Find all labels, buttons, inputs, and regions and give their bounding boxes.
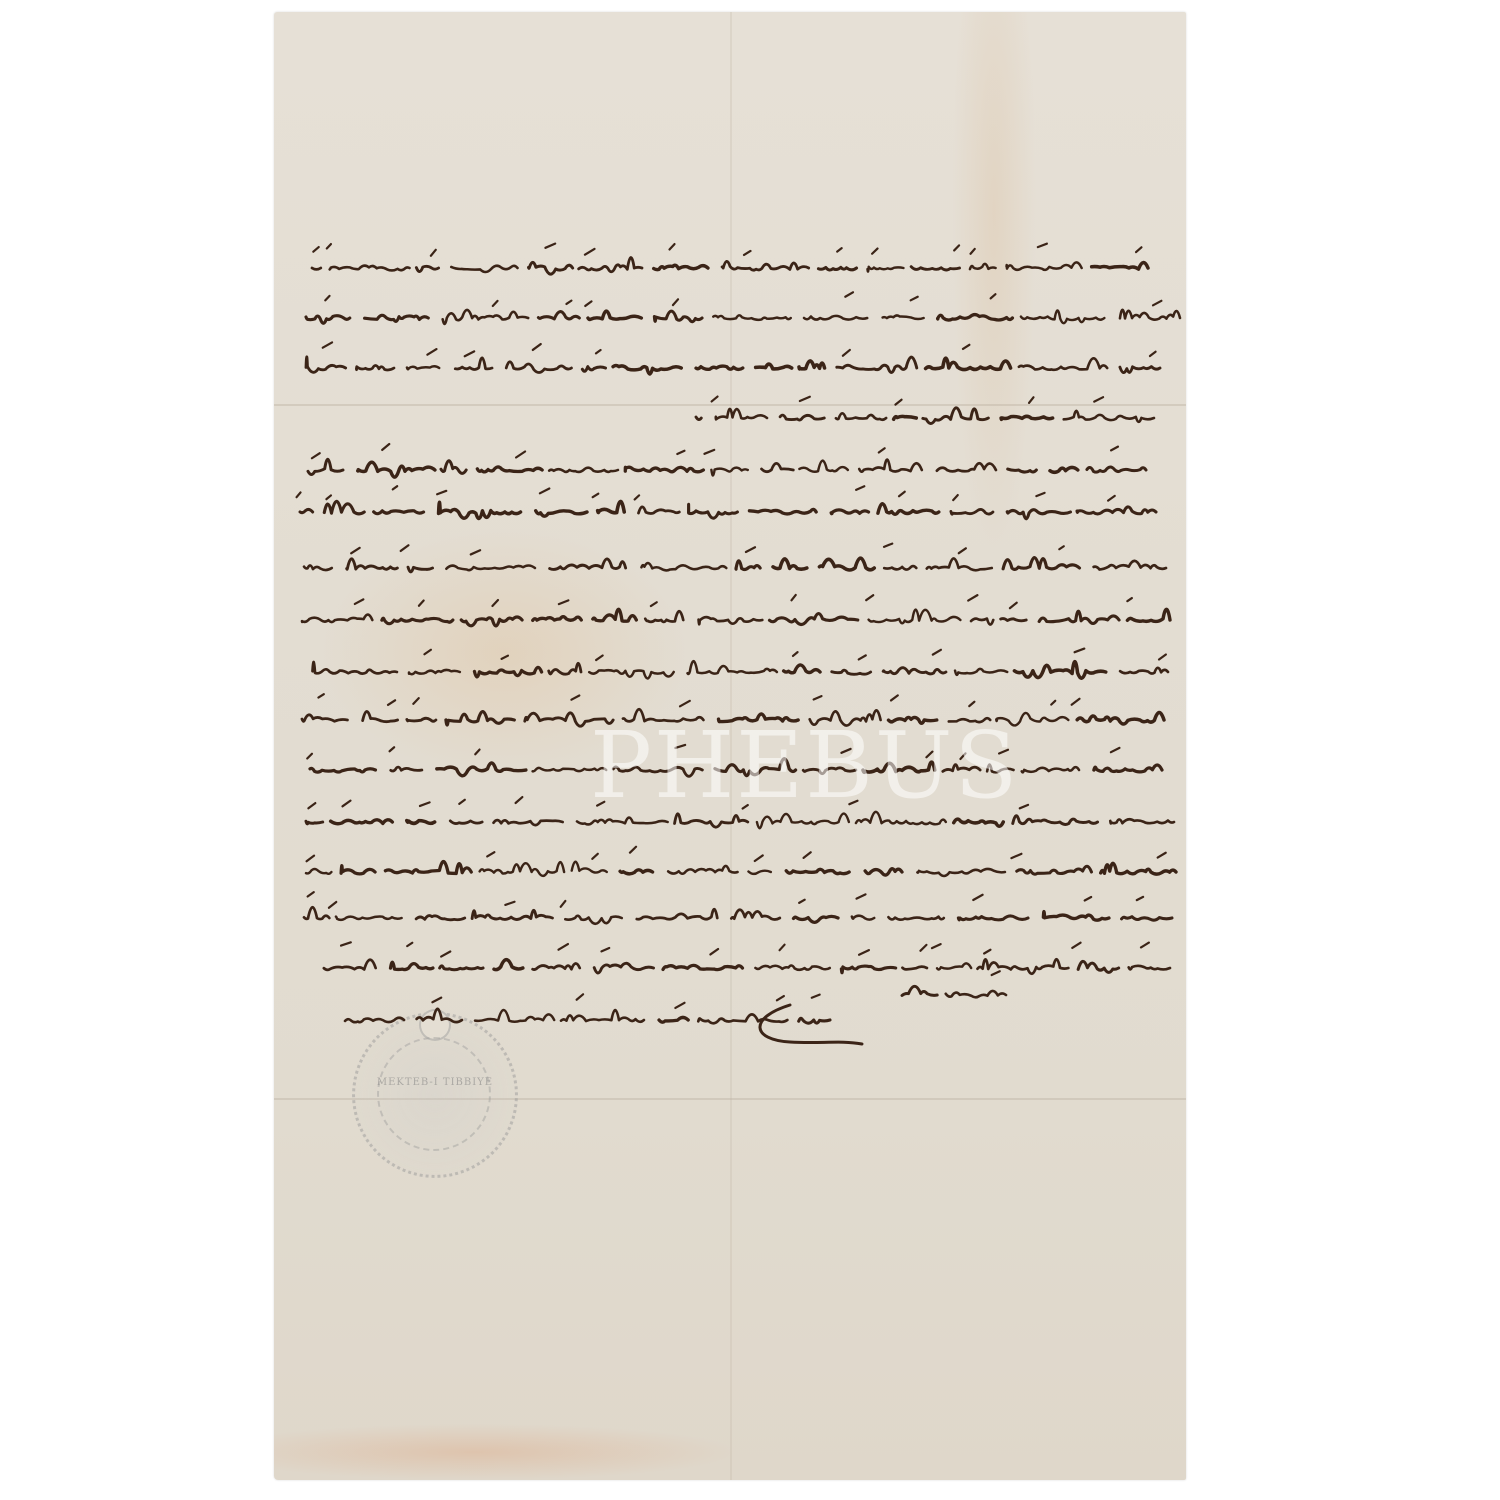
handwritten-word <box>561 1010 644 1022</box>
handwritten-word <box>345 1018 404 1023</box>
diacritic-mark <box>777 996 784 1000</box>
handwritten-word <box>659 1017 688 1022</box>
handwritten-word <box>417 1009 462 1022</box>
handwritten-word <box>946 991 1006 997</box>
handwritten-word <box>475 1010 554 1022</box>
diacritic-mark <box>675 1003 684 1008</box>
signature-block <box>0 0 1500 1500</box>
handwritten-word <box>799 1018 830 1023</box>
signature-flourish <box>760 1005 862 1044</box>
diacritic-mark <box>812 995 820 998</box>
diacritic-mark <box>432 998 441 1003</box>
diacritic-mark <box>577 994 583 999</box>
handwritten-word <box>902 986 937 995</box>
diacritic-mark <box>992 971 1000 975</box>
handwritten-word <box>698 1014 787 1023</box>
